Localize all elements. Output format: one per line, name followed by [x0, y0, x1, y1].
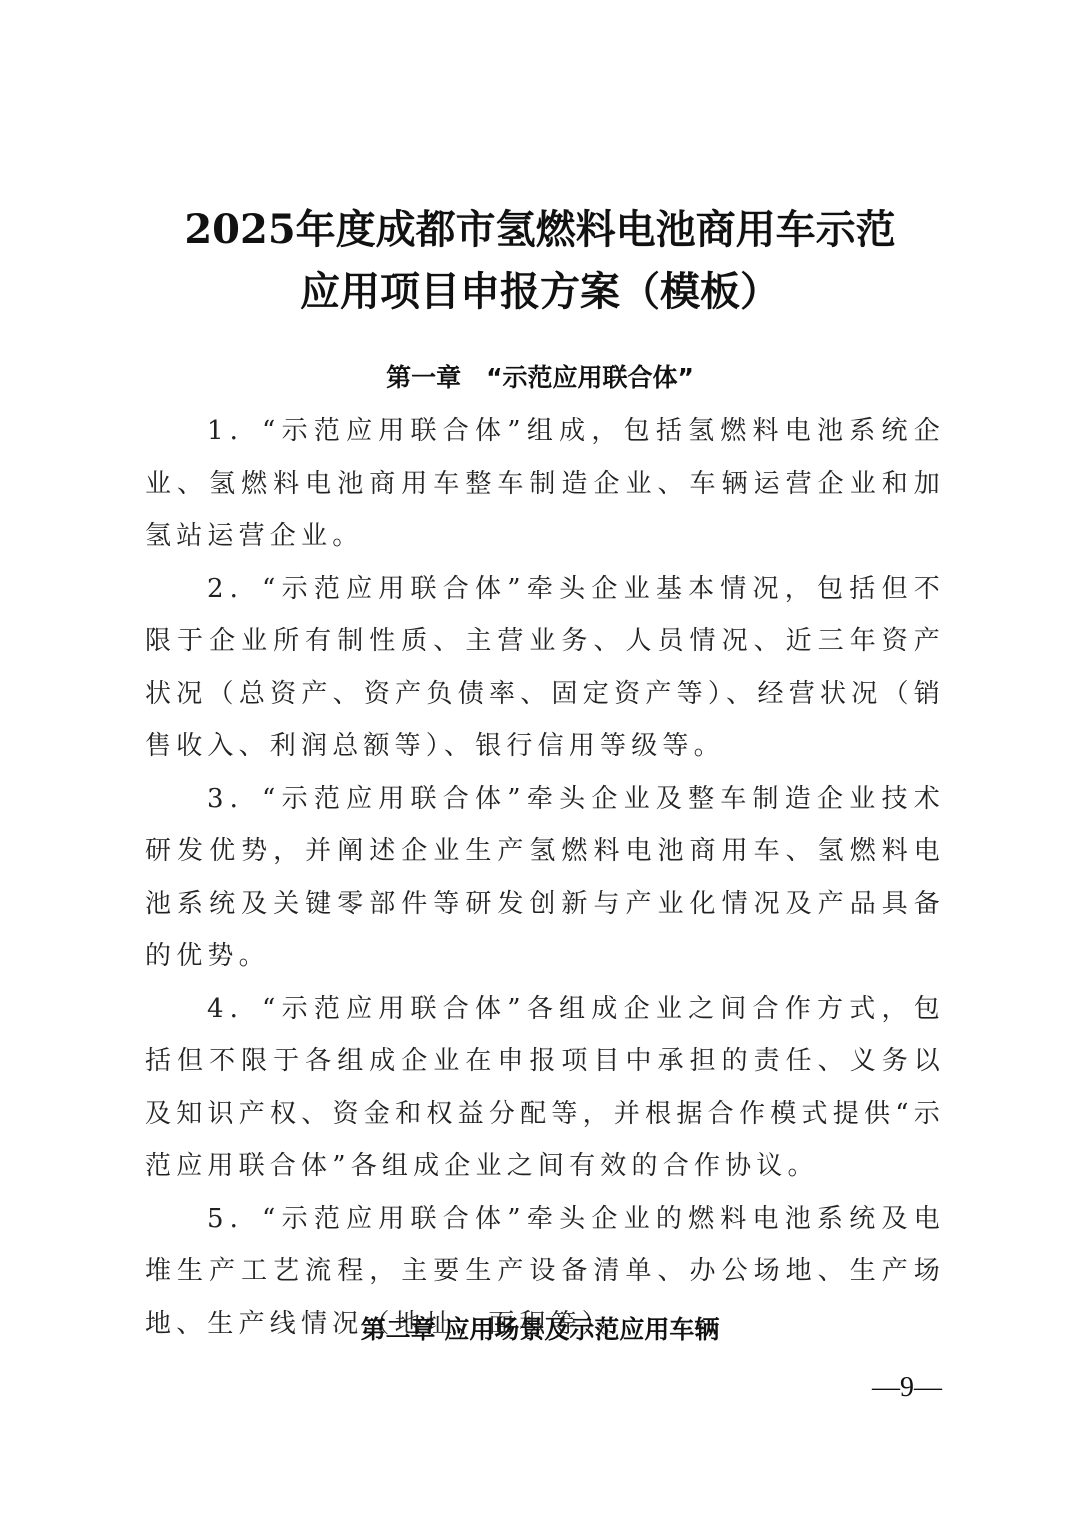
- paragraph-4: 4．“示范应用联合体”各组成企业之间合作方式，包括但不限于各组成企业在申报项目中…: [145, 983, 945, 1193]
- chapter-1-body: 1．“示范应用联合体”组成，包括氢燃料电池系统企业、氢燃料电池商用车整车制造企业…: [145, 405, 945, 1350]
- paragraph-3: 3．“示范应用联合体”牵头企业及整车制造企业技术研发优势，并阐述企业生产氢燃料电…: [145, 773, 945, 983]
- page-number: —9—: [862, 1370, 952, 1406]
- chapter-1-heading: 第一章 “示范应用联合体”: [0, 360, 1080, 396]
- paragraph-2: 2．“示范应用联合体”牵头企业基本情况，包括但不限于企业所有制性质、主营业务、人…: [145, 563, 945, 773]
- chapter-2-heading: 第二章 应用场景及示范应用车辆: [0, 1312, 1080, 1348]
- document-page: 2025年度成都市氢燃料电池商用车示范 应用项目申报方案（模板） 第一章 “示范…: [0, 0, 1080, 1527]
- document-title-line-2: 应用项目申报方案（模板）: [0, 262, 1080, 322]
- document-title-line-1: 2025年度成都市氢燃料电池商用车示范: [0, 200, 1080, 260]
- paragraph-1: 1．“示范应用联合体”组成，包括氢燃料电池系统企业、氢燃料电池商用车整车制造企业…: [145, 405, 945, 563]
